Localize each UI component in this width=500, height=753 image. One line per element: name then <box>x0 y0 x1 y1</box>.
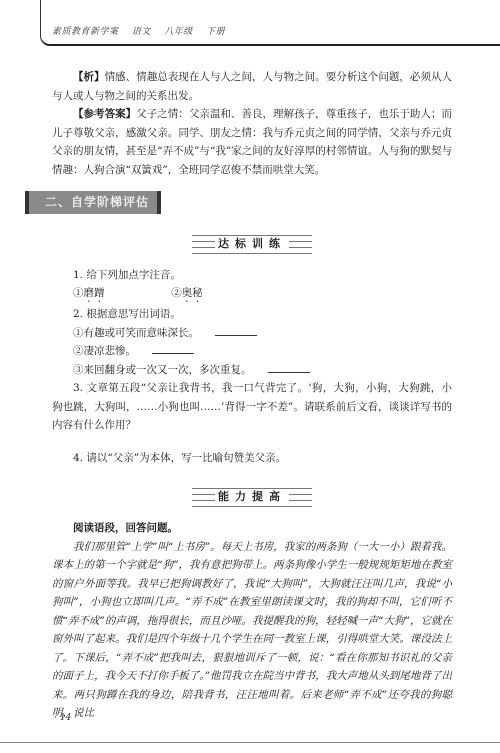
question-2: 2. 根据意思写出词语。 <box>52 305 452 324</box>
q1-item-2-word: 奥秘 <box>182 287 203 299</box>
answer-blank[interactable] <box>152 343 194 354</box>
volume: 下册 <box>206 27 225 37</box>
answer-paragraph: 【参考答案】父子之情：父亲温和、善良，理解孩子，尊重孩子，也乐于助人；而儿子尊敬… <box>52 105 452 179</box>
question-1-items: ①磨蹭 ②奥秘 <box>52 284 452 305</box>
running-head: 素质教育新学案 语文 八年级 下册 <box>52 24 235 37</box>
question-3: 3. 文章第五段“父亲让我背书，我一口气背完了。‘狗，大狗，小狗，大狗跳，小狗也… <box>52 379 452 435</box>
grade: 八年级 <box>164 27 193 37</box>
series-title: 素质教育新学案 <box>52 27 119 37</box>
improve-title: 能力提高 <box>215 490 289 503</box>
answer-blank[interactable] <box>268 362 310 373</box>
page-number: · 14 · <box>54 713 77 723</box>
bottom-rule <box>0 742 500 743</box>
answer-blank[interactable] <box>215 325 257 336</box>
section-banner: 二、自学阶梯评估 <box>25 191 161 214</box>
analysis-paragraph: 【析】情感、情趣总表现在人与人之间，人与物之间。要分析这个问题，必须从人与人或人… <box>52 68 452 105</box>
answer-label: 【参考答案】 <box>73 108 136 120</box>
question-1: 1. 给下列加点字注音。 <box>52 266 452 285</box>
reading-instruction: 阅读语段，回答问题。 <box>52 519 452 538</box>
subject: 语文 <box>132 27 151 37</box>
drill-title-box: 达标训练 <box>192 230 312 256</box>
q2-item-1-text: ①有趣或可笑而意味深长。 <box>73 327 199 339</box>
analysis-text: 情感、情趣总表现在人与人之间，人与物之间。要分析这个问题，必须从人与人或人与物之… <box>52 71 452 102</box>
q2-item-1: ①有趣或可笑而意味深长。 <box>52 324 452 343</box>
q1-item-1-word: 磨蹭 <box>84 287 105 299</box>
question-4: 4. 请以“父亲”为本体，写一比喻句赞美父亲。 <box>52 449 452 468</box>
q1-item-2-prefix: ② <box>171 287 182 299</box>
improve-title-box: 能力提高 <box>192 483 312 509</box>
reading-passage: 我们那里管“上学”叫“上书房”。每天上书房，我家的两条狗（一大一小）跟着我。课本… <box>52 538 452 723</box>
q1-item-1-prefix: ① <box>73 287 84 299</box>
header-frame <box>40 0 500 46</box>
analysis-label: 【析】 <box>73 71 105 83</box>
q2-item-2: ②凄凉悲惨。 <box>52 342 452 361</box>
q2-item-3: ③来回翻身或一次又一次，多次重复。 <box>52 361 452 380</box>
q2-item-2-text: ②凄凉悲惨。 <box>73 345 136 357</box>
q2-item-3-text: ③来回翻身或一次又一次，多次重复。 <box>73 364 252 376</box>
page-body: 【析】情感、情趣总表现在人与人之间，人与物之间。要分析这个问题，必须从人与人或人… <box>52 68 452 723</box>
drill-title: 达标训练 <box>215 237 289 250</box>
